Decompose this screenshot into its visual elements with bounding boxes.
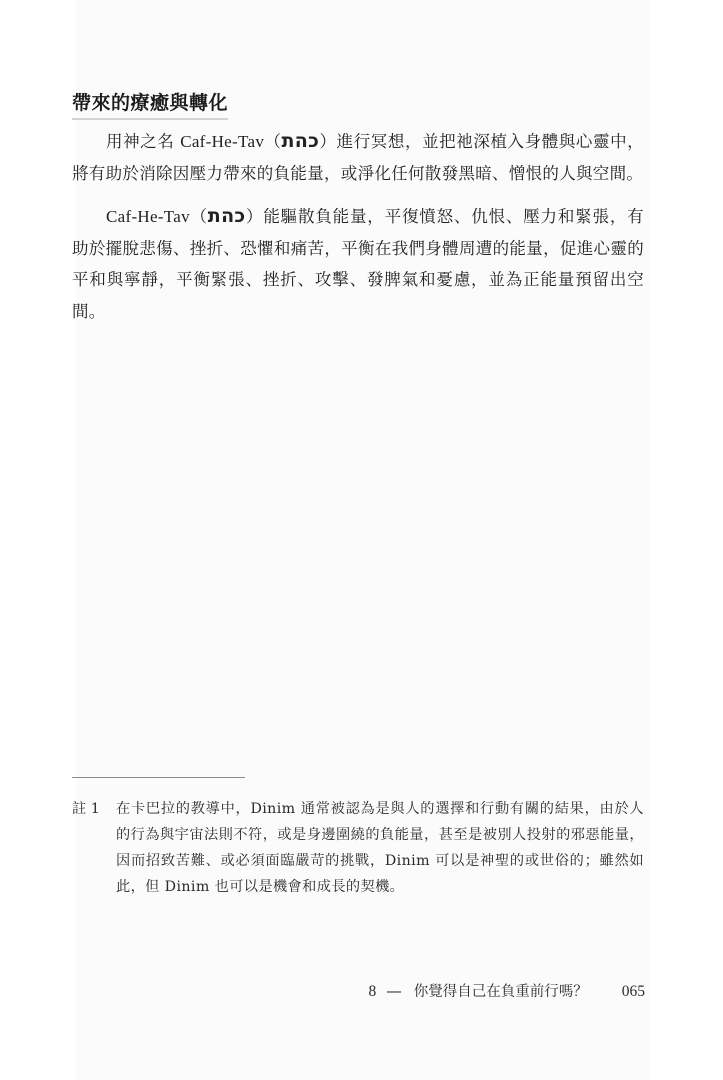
page-content: 帶來的療癒與轉化 用神之名 Caf-He-Tav（כהת）進行冥想，並把祂深植入… <box>72 88 644 339</box>
divine-name-latin: Caf-He-Tav <box>106 207 190 226</box>
running-footer: 8 — 你覺得自己在負重前行嗎？ 065 <box>369 980 646 1003</box>
chapter-title: 你覺得自己在負重前行嗎？ <box>414 981 588 1003</box>
footer-separator: — <box>386 980 402 1002</box>
divine-name-latin: Caf-He-Tav <box>180 132 264 151</box>
page-number: 065 <box>622 981 645 1003</box>
close-paren: ） <box>319 132 336 151</box>
open-paren: （ <box>264 132 281 151</box>
close-paren: ） <box>246 207 264 226</box>
paragraph-1-before: 用神之名 <box>106 132 180 151</box>
chapter-number: 8 <box>369 981 377 1003</box>
footnote-mark: 註 1 <box>72 796 116 900</box>
footnote-divider <box>72 777 245 778</box>
paragraph-2: Caf-He-Tav（כהת）能驅散負能量，平復憤怒、仇恨、壓力和緊張，有助於擺… <box>72 201 644 327</box>
paragraph-1: 用神之名 Caf-He-Tav（כהת）進行冥想，並把祂深植入身體與心靈中，將有… <box>72 126 644 189</box>
open-paren: （ <box>190 207 208 226</box>
divine-name-hebrew: כהת <box>208 205 246 227</box>
footnote-text: 在卡巴拉的教導中，Dinim 通常被認為是與人的選擇和行動有關的結果，由於人的行… <box>116 796 644 900</box>
section-heading: 帶來的療癒與轉化 <box>72 88 228 120</box>
footnote: 註 1 在卡巴拉的教導中，Dinim 通常被認為是與人的選擇和行動有關的結果，由… <box>72 796 644 900</box>
divine-name-hebrew: כהת <box>282 130 320 152</box>
